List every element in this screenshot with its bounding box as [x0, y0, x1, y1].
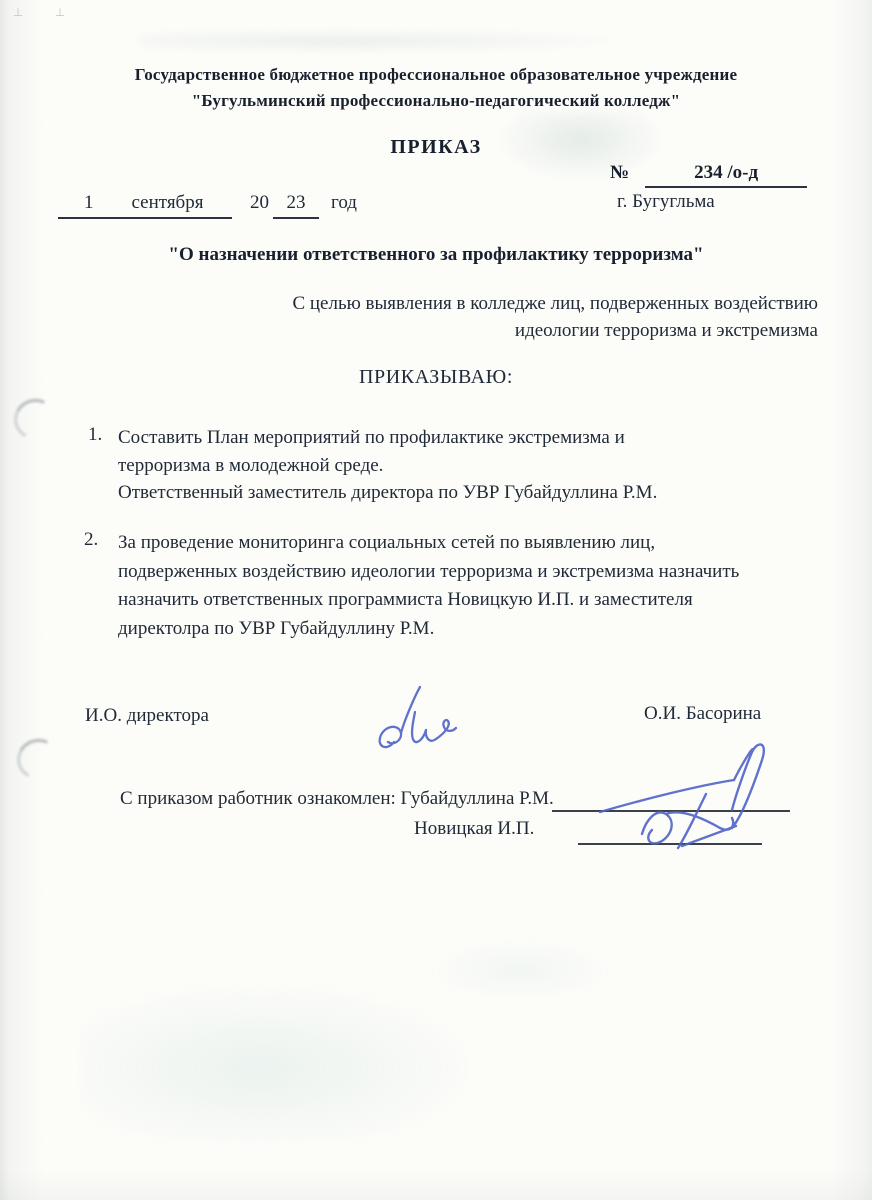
- item2-line2: подверженных воздействию идеологии терро…: [118, 558, 739, 587]
- date-row: 1сентября2023год: [58, 192, 357, 219]
- scan-artifact-mark: ⊥: [13, 6, 23, 19]
- item1-line3: Ответственный заместитель директора по У…: [118, 479, 657, 507]
- date-century: 20: [250, 192, 269, 213]
- order-heading: ПРИКАЗЫВАЮ:: [0, 366, 872, 389]
- document-title: ПРИКАЗ: [0, 136, 872, 159]
- hole-punch-mark: [9, 393, 61, 444]
- organization-name-line1: Государственное бюджетное профессиональн…: [0, 62, 872, 88]
- scan-artifact-mark: ⊥: [55, 6, 65, 19]
- purpose-paragraph: С целью выявления в колледже лиц, подвер…: [150, 290, 818, 344]
- item1-number: 1.: [88, 424, 102, 446]
- date-year-field: 23: [273, 192, 319, 219]
- date-word: год: [331, 192, 357, 213]
- item1-text: Составить План мероприятий по профилакти…: [118, 424, 657, 507]
- item2-number: 2.: [84, 529, 98, 551]
- item1-line2: терроризма в молодежной среде.: [118, 452, 657, 480]
- employee-signatures-ink: [586, 736, 804, 870]
- scanned-document-page: ⊥ ⊥ Государственное бюджетное профессион…: [0, 0, 872, 1200]
- organization-header: Государственное бюджетное профессиональн…: [0, 62, 872, 114]
- date-day-month-field: 1сентября: [58, 192, 232, 219]
- item2-line1: За проведение мониторинга социальных сет…: [118, 529, 739, 558]
- purpose-line2: идеологии терроризма и экстремизма: [150, 317, 818, 344]
- acknowledgment-line2: Новицкая И.П.: [414, 818, 534, 840]
- order-number-value: 234 /о-д: [645, 162, 807, 188]
- item2-line4: директолра по УВР Губайдуллину Р.М.: [118, 615, 739, 644]
- item2-line3: назначить ответственных программиста Нов…: [118, 586, 739, 615]
- acknowledgment-line1: С приказом работник ознакомлен: Губайдул…: [120, 788, 554, 810]
- signer-name: О.И. Басорина: [644, 703, 761, 725]
- bleed-through-smudge: [430, 940, 610, 1000]
- signer-role: И.О. директора: [85, 705, 209, 727]
- item2-text: За проведение мониторинга социальных сет…: [118, 529, 739, 643]
- director-signature-ink: [372, 680, 487, 764]
- item1-line1: Составить План мероприятий по профилакти…: [118, 424, 657, 452]
- purpose-line1: С целью выявления в колледже лиц, подвер…: [150, 290, 818, 317]
- bleed-through-smudge: [140, 30, 640, 52]
- date-month: сентября: [132, 192, 204, 213]
- order-subject: "О назначении ответственного за профилак…: [0, 244, 872, 266]
- number-sign: №: [610, 162, 629, 183]
- organization-name-line2: "Бугульминский профессионально-педагогич…: [0, 88, 872, 114]
- hole-punch-mark: [12, 733, 64, 784]
- date-day: 1: [84, 192, 94, 213]
- order-number-row: №234 /о-д: [610, 162, 807, 188]
- city-label: г. Бугугльма: [617, 191, 715, 213]
- bleed-through-smudge: [80, 980, 480, 1140]
